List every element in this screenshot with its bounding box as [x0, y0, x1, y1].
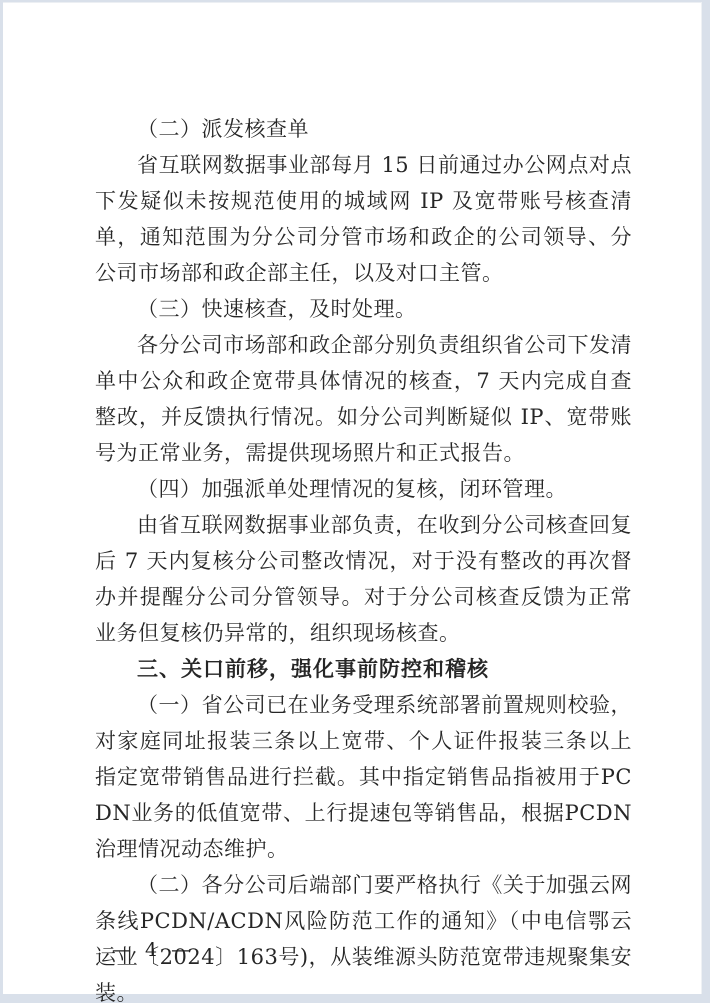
document-paragraph: （一）省公司已在业务受理系统部署前置规则校验，对家庭同址报装三条以上宽带、个人证…: [95, 687, 632, 867]
document-paragraph: （三）快速核查，及时处理。: [95, 291, 632, 327]
document-paragraph: （二）派发核查单: [95, 111, 632, 147]
document-body: （二）派发核查单省互联网数据事业部每月 15 日前通过办公网点对点下发疑似未按规…: [95, 111, 632, 1003]
page-number: — 4 —: [112, 939, 194, 961]
document-paragraph: 省互联网数据事业部每月 15 日前通过办公网点对点下发疑似未按规范使用的城域网 …: [95, 147, 632, 291]
document-paragraph: 各分公司市场部和政企部分别负责组织省公司下发清单中公众和政企宽带具体情况的核查，…: [95, 327, 632, 471]
page-footer: — 4 —: [95, 939, 632, 961]
paragraph-list: （二）派发核查单省互联网数据事业部每月 15 日前通过办公网点对点下发疑似未按规…: [95, 111, 632, 1003]
document-page: （二）派发核查单省互联网数据事业部每月 15 日前通过办公网点对点下发疑似未按规…: [3, 2, 702, 994]
document-paragraph: 由省互联网数据事业部负责，在收到分公司核查回复后 7 天内复核分公司整改情况，对…: [95, 507, 632, 651]
document-paragraph: （四）加强派单处理情况的复核，闭环管理。: [95, 471, 632, 507]
section-heading: 三、关口前移，强化事前防控和稽核: [95, 651, 632, 687]
viewer-background: { "colors": { "viewer_background": "#d9e…: [0, 0, 710, 1003]
document-paragraph: （二）各分公司后端部门要严格执行《关于加强云网条线PCDN/ACDN风险防范工作…: [95, 867, 632, 1003]
